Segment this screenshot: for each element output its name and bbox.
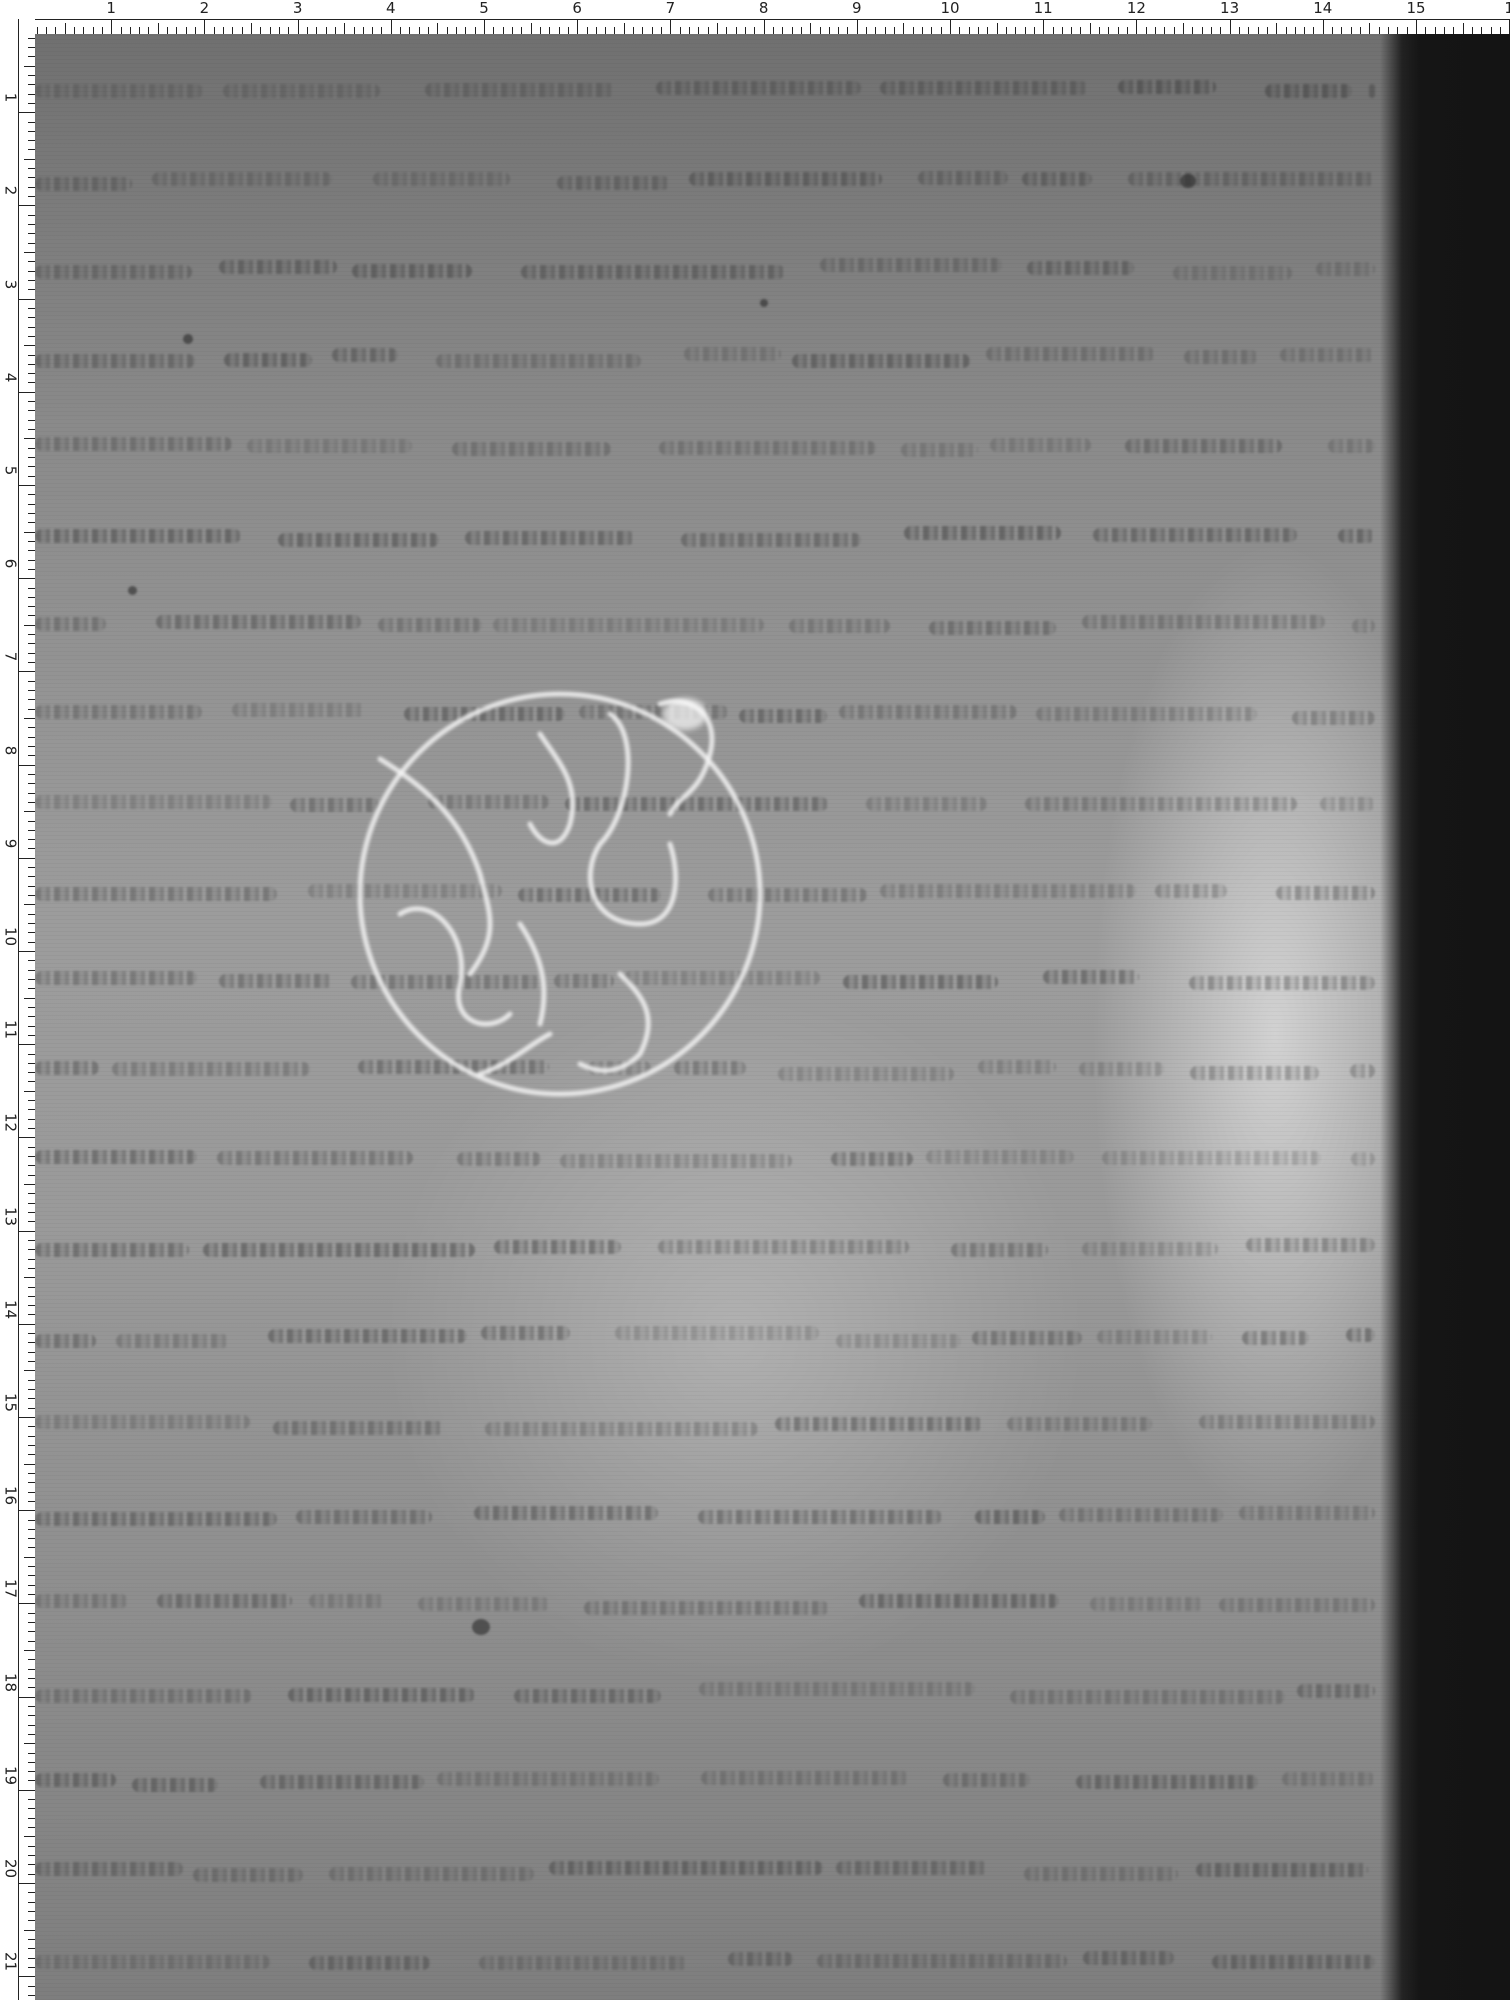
- handwritten-word: [658, 1240, 909, 1254]
- ruler-tick: [24, 1091, 35, 1092]
- ruler-tick: [28, 1287, 35, 1288]
- ruler-tick: [354, 27, 355, 34]
- ruler-tick: [28, 1631, 35, 1632]
- ruler-tick: [28, 457, 35, 458]
- ruler-tick: [941, 27, 942, 34]
- handwritten-word: [1350, 1064, 1375, 1078]
- ruler-label: 19: [3, 1763, 18, 1787]
- handwritten-word: [35, 177, 132, 191]
- ruler-label: 14: [1313, 0, 1332, 17]
- ruler-tick: [28, 1902, 35, 1903]
- ruler-tick: [28, 355, 35, 356]
- ruler-tick: [28, 215, 35, 216]
- ruler-tick: [28, 308, 35, 309]
- handwritten-word: [378, 618, 482, 632]
- ruler-tick: [1062, 27, 1063, 34]
- ruler-tick: [74, 27, 75, 34]
- handwritten-word: [35, 1334, 96, 1348]
- ruler-tick: [28, 541, 35, 542]
- ruler-tick: [28, 1352, 35, 1353]
- ruler-tick: [24, 1184, 35, 1185]
- ruler-tick: [148, 27, 149, 34]
- ruler-label: 2: [3, 179, 18, 203]
- handwritten-word: [203, 1243, 476, 1257]
- handwritten-word: [689, 172, 882, 186]
- ruler-tick: [28, 1492, 35, 1493]
- handwritten-word: [584, 1601, 829, 1615]
- ruler-tick: [83, 27, 84, 34]
- ruler-tick: [18, 1976, 35, 1977]
- ruler-tick: [1416, 19, 1417, 34]
- ruler-tick: [28, 1762, 35, 1763]
- handwritten-word: [1102, 1151, 1321, 1165]
- ruler-tick: [28, 1259, 35, 1260]
- handwritten-word: [1082, 615, 1325, 629]
- ruler-tick: [28, 56, 35, 57]
- handwritten-word: [436, 354, 641, 368]
- ruler-tick: [223, 27, 224, 34]
- handwritten-word: [481, 1326, 570, 1340]
- ruler-tick: [28, 569, 35, 570]
- ruler-tick: [391, 19, 392, 34]
- ruler-tick: [102, 27, 103, 34]
- ruler-tick: [279, 27, 280, 34]
- handwritten-word: [986, 347, 1155, 361]
- vertical-ruler: 123456789101112131415161718192021: [0, 0, 35, 2000]
- handwritten-word: [1010, 1690, 1285, 1704]
- ruler-tick: [28, 1846, 35, 1847]
- ruler-tick: [28, 942, 35, 943]
- ruler-label: 12: [3, 1111, 18, 1135]
- handwritten-word: [1246, 1238, 1375, 1252]
- handwritten-word: [1024, 1867, 1178, 1881]
- ruler-tick: [1332, 27, 1333, 34]
- ruler-tick: [1388, 27, 1389, 34]
- ruler-label: 2: [200, 0, 210, 17]
- ruler-tick: [1155, 27, 1156, 34]
- handwritten-word: [1189, 976, 1375, 990]
- ruler-tick: [493, 27, 494, 34]
- ruler-tick: [24, 904, 35, 905]
- ruler-tick: [24, 1743, 35, 1744]
- handwritten-word: [1265, 84, 1352, 98]
- ruler-tick: [28, 1538, 35, 1539]
- ruler-tick: [28, 84, 35, 85]
- ruler-label: 6: [3, 552, 18, 576]
- ruler-tick: [28, 1986, 35, 1987]
- ruler-label: 1: [106, 0, 116, 17]
- ruler-tick: [28, 1436, 35, 1437]
- ruler-tick: [28, 1799, 35, 1800]
- ruler-tick: [726, 27, 727, 34]
- ruler-tick: [28, 382, 35, 383]
- ruler-tick: [1239, 27, 1240, 34]
- ruler-tick: [28, 876, 35, 877]
- ruler-tick: [18, 1324, 35, 1325]
- ruler-tick: [28, 1706, 35, 1707]
- ruler-tick: [24, 438, 35, 439]
- handwritten-word: [309, 1594, 385, 1608]
- ruler-label: 10: [3, 925, 18, 949]
- ruler-tick: [28, 1622, 35, 1623]
- ruler-tick: [28, 690, 35, 691]
- ruler-tick: [204, 19, 205, 34]
- ruler-tick: [28, 970, 35, 971]
- ruler-tick: [18, 1137, 35, 1138]
- ruler-tick: [1174, 27, 1175, 34]
- ruler-tick: [28, 168, 35, 169]
- handwritten-word: [778, 1067, 954, 1081]
- ink-spot: [472, 1619, 490, 1635]
- ruler-tick: [28, 1818, 35, 1819]
- ruler-tick: [465, 27, 466, 34]
- ruler-tick: [28, 1585, 35, 1586]
- ruler-tick: [1351, 27, 1352, 34]
- ruler-tick: [28, 1193, 35, 1194]
- ruler-tick: [1025, 27, 1026, 34]
- ruler-tick: [28, 1780, 35, 1781]
- ruler-label: 18: [3, 1670, 18, 1694]
- ruler-tick: [810, 23, 811, 34]
- handwritten-word: [1199, 1415, 1375, 1429]
- handwritten-word: [926, 1150, 1073, 1164]
- ruler-tick: [24, 1370, 35, 1371]
- handwritten-word: [35, 617, 106, 631]
- handwritten-word: [728, 1952, 793, 1966]
- ruler-tick: [866, 27, 867, 34]
- handwritten-word: [1043, 970, 1140, 984]
- handwritten-word: [820, 258, 1002, 272]
- handwritten-word: [273, 1421, 444, 1435]
- ruler-tick: [28, 886, 35, 887]
- handwritten-word: [1155, 884, 1226, 898]
- ruler-label: 4: [386, 0, 396, 17]
- handwritten-word: [866, 797, 987, 811]
- handwritten-word: [1082, 1242, 1218, 1256]
- handwritten-word: [493, 618, 764, 632]
- ruler-tick: [409, 27, 410, 34]
- ruler-tick: [437, 23, 438, 34]
- ruler-tick: [913, 27, 914, 34]
- ruler-tick: [959, 27, 960, 34]
- handwritten-word: [296, 1510, 432, 1524]
- ruler-tick: [111, 19, 112, 34]
- ruler-tick: [28, 1864, 35, 1865]
- ruler-tick: [28, 914, 35, 915]
- handwritten-word: [1212, 1955, 1375, 1969]
- handwritten-word: [35, 265, 192, 279]
- ruler-tick: [1369, 23, 1370, 34]
- ruler-tick: [28, 476, 35, 477]
- ruler-tick: [18, 112, 35, 113]
- handwritten-word: [1196, 1863, 1368, 1877]
- ruler-tick: [24, 811, 35, 812]
- ruler-tick: [1397, 27, 1398, 34]
- ruler-tick: [24, 345, 35, 346]
- ruler-tick: [24, 1650, 35, 1651]
- ruler-label: 7: [3, 645, 18, 669]
- ruler-tick: [447, 27, 448, 34]
- ruler-tick: [344, 23, 345, 34]
- ruler-tick: [24, 532, 35, 533]
- ruler-tick: [1211, 27, 1212, 34]
- ruler-tick: [1491, 27, 1492, 34]
- ruler-tick: [158, 23, 159, 34]
- ruler-tick: [24, 1557, 35, 1558]
- ruler-label: 16: [3, 1484, 18, 1508]
- ruler-tick: [903, 23, 904, 34]
- ruler-tick: [65, 23, 66, 34]
- handwritten-word: [373, 172, 510, 186]
- handwritten-word: [698, 1510, 942, 1524]
- ruler-tick: [624, 23, 625, 34]
- ruler-tick: [28, 513, 35, 514]
- handwritten-word: [156, 615, 361, 629]
- ruler-tick: [922, 27, 923, 34]
- ruler-tick: [18, 578, 35, 579]
- ruler-label: 6: [572, 0, 582, 17]
- ruler-tick: [28, 1109, 35, 1110]
- ruler-tick: [18, 1417, 35, 1418]
- handwritten-word: [904, 526, 1061, 540]
- ruler-tick: [28, 1808, 35, 1809]
- ruler-tick: [1435, 27, 1436, 34]
- ruler-tick: [28, 1445, 35, 1446]
- ruler-tick: [587, 27, 588, 34]
- handwritten-word: [1346, 1328, 1375, 1342]
- ruler-tick: [28, 1641, 35, 1642]
- ruler-tick: [1071, 27, 1072, 34]
- handwritten-word: [975, 1510, 1044, 1524]
- ruler-tick: [1304, 27, 1305, 34]
- handwritten-word: [792, 354, 970, 368]
- ruler-tick: [792, 27, 793, 34]
- ruler-tick: [28, 1081, 35, 1082]
- ruler-tick: [28, 187, 35, 188]
- ruler-tick: [28, 1678, 35, 1679]
- ruler-tick: [28, 1734, 35, 1735]
- handwritten-word: [880, 81, 1088, 95]
- ruler-tick: [475, 27, 476, 34]
- ruler-tick: [1258, 27, 1259, 34]
- ruler-tick: [28, 1855, 35, 1856]
- handwritten-word: [1093, 528, 1297, 542]
- ruler-tick: [28, 1175, 35, 1176]
- ruler-tick: [167, 27, 168, 34]
- ruler-tick: [298, 19, 299, 34]
- handwritten-word: [1351, 1152, 1375, 1166]
- ruler-label: 10: [940, 0, 959, 17]
- ruler-tick: [521, 27, 522, 34]
- ruler-tick: [28, 1221, 35, 1222]
- ruler-tick: [28, 681, 35, 682]
- ruler-tick: [28, 47, 35, 48]
- handwritten-word: [1297, 1684, 1375, 1698]
- ruler-label: 7: [666, 0, 676, 17]
- ruler-tick: [1248, 27, 1249, 34]
- handwritten-word: [836, 1334, 961, 1348]
- ruler-tick: [28, 1575, 35, 1576]
- ruler-tick: [28, 1128, 35, 1129]
- ruler-tick: [232, 27, 233, 34]
- handwritten-word: [479, 1956, 688, 1970]
- ruler-tick: [28, 1529, 35, 1530]
- ruler-tick: [326, 27, 327, 34]
- ruler-tick: [24, 1836, 35, 1837]
- ruler-tick: [28, 1072, 35, 1073]
- ruler-tick: [28, 1725, 35, 1726]
- ruler-tick: [18, 392, 35, 393]
- handwritten-word: [701, 1771, 908, 1785]
- ruler-tick: [28, 280, 35, 281]
- handwritten-word: [557, 176, 670, 190]
- handwritten-word: [288, 1688, 475, 1702]
- ruler-tick: [372, 27, 373, 34]
- handwritten-word: [1036, 707, 1257, 721]
- handwritten-word: [1316, 262, 1375, 276]
- ruler-tick: [969, 27, 970, 34]
- handwritten-word: [1128, 172, 1375, 186]
- ruler-tick: [28, 802, 35, 803]
- ruler-tick: [28, 662, 35, 663]
- ruler-tick: [1053, 27, 1054, 34]
- ruler-tick: [18, 205, 35, 206]
- watermark-motif: [340, 674, 780, 1114]
- ruler-tick: [773, 27, 774, 34]
- ruler-tick: [28, 94, 35, 95]
- ruler-tick: [1220, 27, 1221, 34]
- ruler-label: 1: [3, 86, 18, 110]
- handwritten-word: [1282, 1772, 1375, 1786]
- ruler-tick: [1192, 27, 1193, 34]
- handwritten-word: [918, 171, 1008, 185]
- handwritten-word: [901, 443, 978, 457]
- handwritten-word: [278, 533, 439, 547]
- ink-spot: [128, 586, 137, 595]
- ruler-tick: [381, 27, 382, 34]
- ruler-label: 14: [3, 1297, 18, 1321]
- ruler-label: 3: [293, 0, 303, 17]
- ruler-tick: [37, 27, 38, 34]
- handwritten-word: [1219, 1598, 1375, 1612]
- handwritten-word: [1022, 172, 1092, 186]
- ruler-tick: [28, 504, 35, 505]
- ruler-label: 11: [3, 1018, 18, 1042]
- ruler-label: 17: [3, 1577, 18, 1601]
- ruler-tick: [28, 1007, 35, 1008]
- ruler-tick: [251, 23, 252, 34]
- ruler-tick: [24, 1930, 35, 1931]
- ruler-tick: [28, 494, 35, 495]
- handwritten-word: [437, 1772, 658, 1786]
- ruler-tick: [28, 1669, 35, 1670]
- handwritten-word: [157, 1594, 292, 1608]
- ruler-tick: [1136, 19, 1137, 34]
- handwritten-word: [943, 1773, 1029, 1787]
- ruler-tick: [28, 830, 35, 831]
- handwritten-word: [35, 887, 277, 901]
- ruler-tick: [28, 979, 35, 980]
- ruler-tick: [1453, 27, 1454, 34]
- ruler-tick: [1500, 27, 1501, 34]
- handwritten-word: [217, 1151, 412, 1165]
- handwritten-word: [880, 884, 1135, 898]
- ruler-tick: [242, 27, 243, 34]
- ruler-tick: [28, 140, 35, 141]
- ruler-tick: [195, 27, 196, 34]
- handwritten-word: [859, 1594, 1058, 1608]
- ruler-tick: [28, 261, 35, 262]
- ruler-tick: [1090, 23, 1091, 34]
- ruler-label: 15: [1406, 0, 1425, 17]
- ruler-tick: [28, 1342, 35, 1343]
- ruler-tick: [1313, 27, 1314, 34]
- ruler-tick: [1080, 27, 1081, 34]
- ruler-tick: [661, 27, 662, 34]
- ruler-tick: [28, 1389, 35, 1390]
- handwritten-word: [1007, 1417, 1152, 1431]
- handwritten-word: [1338, 529, 1375, 543]
- ruler-tick: [28, 960, 35, 961]
- ruler-tick: [28, 1939, 35, 1940]
- ruler-tick: [18, 1790, 35, 1791]
- ruler-tick: [605, 27, 606, 34]
- ruler-tick: [28, 1408, 35, 1409]
- ruler-tick: [1463, 23, 1464, 34]
- ruler-tick: [28, 1594, 35, 1595]
- ruler-tick: [28, 420, 35, 421]
- ruler-tick: [28, 317, 35, 318]
- ruler-tick: [614, 27, 615, 34]
- ruler-tick: [1360, 27, 1361, 34]
- ruler-tick: [28, 597, 35, 598]
- handwritten-word: [152, 172, 332, 186]
- handwritten-word: [224, 353, 312, 367]
- handwritten-word: [836, 1861, 988, 1875]
- handwritten-word: [425, 83, 615, 97]
- ruler-tick: [28, 774, 35, 775]
- ruler-tick: [1444, 27, 1445, 34]
- ruler-tick: [28, 466, 35, 467]
- ruler-tick: [186, 27, 187, 34]
- ruler-tick: [28, 1165, 35, 1166]
- ruler-label: 11: [1034, 0, 1053, 17]
- ruler-tick: [28, 38, 35, 39]
- handwritten-word: [35, 1243, 189, 1257]
- handwritten-word: [659, 441, 877, 455]
- ruler-tick: [28, 1016, 35, 1017]
- handwritten-word: [35, 795, 272, 809]
- handwritten-word: [1184, 350, 1258, 364]
- ruler-tick: [708, 27, 709, 34]
- ruler-tick: [28, 1119, 35, 1120]
- ruler-tick: [18, 1510, 35, 1511]
- ruler-tick: [24, 159, 35, 160]
- handwritten-word: [514, 1689, 661, 1703]
- handwritten-word: [260, 1775, 424, 1789]
- ruler-tick: [18, 951, 35, 952]
- ruler-tick: [28, 1827, 35, 1828]
- ruler-tick: [28, 1520, 35, 1521]
- ruler-tick: [931, 27, 932, 34]
- ruler-tick: [28, 401, 35, 402]
- ruler-tick: [18, 1231, 35, 1232]
- ruler-tick: [577, 19, 578, 34]
- ruler-tick: [698, 27, 699, 34]
- handwritten-word: [35, 84, 203, 98]
- ruler-label: 8: [3, 738, 18, 762]
- ruler-tick: [1118, 27, 1119, 34]
